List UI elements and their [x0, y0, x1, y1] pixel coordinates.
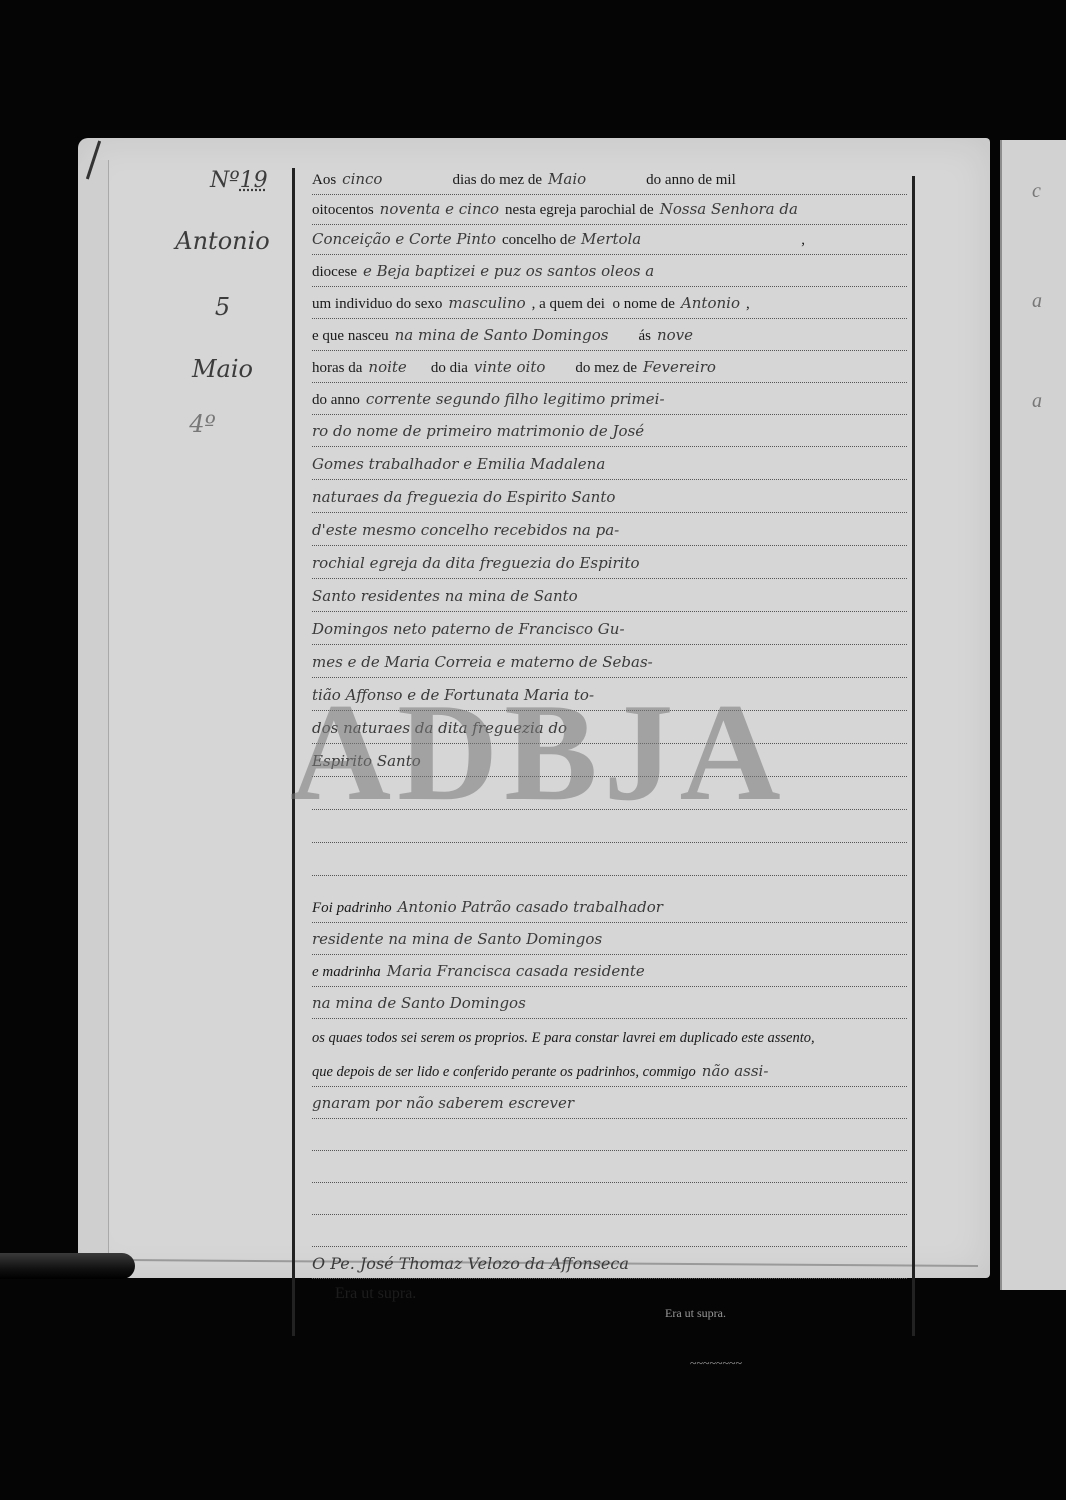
handwritten-council: e Mertola: [567, 230, 801, 248]
blank-line: [312, 1222, 907, 1247]
body-line: rochial egreja da dita freguezia do Espi…: [312, 554, 907, 579]
handwritten-text: tião Affonso e de Fortunata Maria to-: [312, 686, 600, 704]
godfather-line-2: residente na mina de Santo Domingos: [312, 930, 907, 955]
printed-text: ,: [746, 296, 750, 312]
handwritten-birthplace: na mina de Santo Domingos: [389, 326, 639, 344]
record-number-value: 19: [240, 168, 268, 193]
handwritten-diocese: e Beja baptizei e puz os santos oleos a: [357, 262, 660, 280]
handwritten-text: Domingos neto paterno de Francisco Gu-: [312, 620, 631, 638]
handwritten-text: rochial egreja da dita freguezia do Espi…: [312, 554, 646, 572]
printed-text: nesta egreja parochial de: [505, 202, 654, 218]
printed-text: do anno: [312, 392, 360, 408]
handwritten-day: cinco: [336, 170, 452, 188]
handwritten-text: não assi-: [696, 1062, 775, 1080]
left-rule: [292, 168, 295, 1336]
printed-text: do anno de mil: [646, 172, 736, 188]
handwritten-text: mes e de Maria Correia e materno de Seba…: [312, 653, 659, 671]
body-line: Gomes trabalhador e Emilia Madalena: [312, 455, 907, 480]
body-line: naturaes da freguezia do Espirito Santo: [312, 488, 907, 513]
printed-text: oitocentos: [312, 202, 374, 218]
bleed-through-text: Era ut supra.: [665, 1306, 726, 1321]
printed-closing: os quaes todos sei serem os proprios. E …: [312, 1030, 815, 1046]
godfather-line-1: Foi padrinhoAntonio Patrão casado trabal…: [312, 898, 907, 923]
handwritten-text: Gomes trabalhador e Emilia Madalena: [312, 455, 611, 473]
handwritten-text: dos naturaes da dita freguezia do: [312, 719, 573, 737]
godfather-label: Foi padrinho: [312, 900, 392, 916]
printed-text: e que nasceu: [312, 328, 389, 344]
handwritten-text: Espirito Santo: [312, 752, 427, 770]
handwritten-birth-day: vinte oito: [468, 358, 576, 376]
printed-text: , a quem dei: [532, 296, 605, 312]
printed-text: do dia: [431, 360, 468, 376]
closing-line-1: os quaes todos sei serem os proprios. E …: [312, 1030, 907, 1054]
margin-day: 5: [160, 293, 285, 321]
margin-note: 4º: [140, 410, 265, 438]
handwritten-text: Santo residentes na mina de Santo: [312, 587, 584, 605]
adjacent-page: c a a: [1000, 140, 1066, 1290]
printed-text: concelho d: [502, 232, 567, 248]
printed-text: ,: [801, 232, 805, 248]
handwritten-sex: masculino: [442, 294, 531, 312]
godmother-line-1: e madrinhaMaria Francisca casada residen…: [312, 962, 907, 987]
blank-line: [312, 1158, 907, 1183]
record-line-3: Conceição e Corte Pintoconcelho de Merto…: [312, 230, 907, 255]
priest-signature: O Pe. José Thomaz Velozo da Affonseca: [312, 1254, 635, 1273]
handwritten-hour: nove: [651, 326, 699, 344]
handwritten-parish-cont: Conceição e Corte Pinto: [312, 230, 502, 248]
adjacent-page-mark: a: [1032, 390, 1042, 413]
handwritten-parish: Nossa Senhora da: [654, 200, 804, 218]
record-line-5: um individuo do sexomasculino, a quem de…: [312, 294, 907, 319]
handwritten-godmother-residence: na mina de Santo Domingos: [312, 994, 532, 1012]
printed-text: Aos: [312, 172, 336, 188]
handwritten-text: ro do nome de primeiro matrimonio de Jos…: [312, 422, 650, 440]
godmother-line-2: na mina de Santo Domingos: [312, 994, 907, 1019]
body-line: tião Affonso e de Fortunata Maria to-: [312, 686, 907, 711]
page-fold: [78, 160, 109, 1260]
handwritten-text: gnaram por não saberem escrever: [312, 1094, 580, 1112]
bleed-through-text: ~~~~~~~~: [690, 1356, 742, 1371]
record-line-7: horas danoitedo diavinte oitodo mez deFe…: [312, 358, 907, 383]
adjacent-page-mark: a: [1032, 290, 1042, 313]
margin-name: Antonio: [160, 227, 285, 255]
handwritten-text: d'este mesmo concelho recebidos na pa-: [312, 521, 625, 539]
handwritten-time-of-day: noite: [362, 358, 430, 376]
handwritten-year: noventa e cinco: [374, 200, 505, 218]
handwritten-text: naturaes da freguezia do Espirito Santo: [312, 488, 621, 506]
handwritten-godfather: Antonio Patrão casado trabalhador: [392, 898, 669, 916]
body-line: Domingos neto paterno de Francisco Gu-: [312, 620, 907, 645]
printed-closing: que depois de ser lido e conferido peran…: [312, 1064, 696, 1080]
record-line-1: Aoscincodias do mez deMaiodo anno de mil: [312, 170, 907, 195]
handwritten-godmother: Maria Francisca casada residente: [381, 962, 651, 980]
handwritten-text: corrente segundo filho legitimo primei-: [360, 390, 671, 408]
godmother-label: e madrinha: [312, 964, 381, 980]
handwritten-birth-month: Fevereiro: [637, 358, 722, 376]
binding-clip: [0, 1253, 135, 1279]
body-line: [312, 818, 907, 843]
printed-text: horas da: [312, 360, 362, 376]
record-line-8: do annocorrente segundo filho legitimo p…: [312, 390, 907, 415]
record-line-2: oitocentosnoventa e cinconesta egreja pa…: [312, 200, 907, 225]
body-line: [312, 851, 907, 876]
adjacent-page-mark: c: [1032, 180, 1041, 203]
handwritten-text: [312, 785, 318, 803]
handwritten-child-name: Antonio: [675, 294, 746, 312]
body-line: ro do nome de primeiro matrimonio de Jos…: [312, 422, 907, 447]
record-number-label: Nº: [210, 168, 240, 193]
signature-line: O Pe. José Thomaz Velozo da Affonseca: [312, 1254, 907, 1279]
printed-text: dias do mez de: [452, 172, 542, 188]
printed-text: um individuo do sexo: [312, 296, 442, 312]
record-line-4: diocesee Beja baptizei e puz os santos o…: [312, 262, 907, 287]
body-line: Espirito Santo: [312, 752, 907, 777]
handwritten-month: Maio: [542, 170, 646, 188]
right-rule: [912, 176, 915, 1336]
body-line: dos naturaes da dita freguezia do: [312, 719, 907, 744]
printed-text: o nome de: [612, 296, 674, 312]
printed-text: ás: [638, 328, 651, 344]
body-line: mes e de Maria Correia e materno de Seba…: [312, 653, 907, 678]
blank-line: [312, 1126, 907, 1151]
era-ut-supra: Era ut supra.: [335, 1285, 416, 1303]
handwritten-text: [312, 818, 318, 836]
closing-line-2: que depois de ser lido e conferido peran…: [312, 1062, 907, 1087]
printed-text: do mez de: [575, 360, 637, 376]
record-line-6: e que nasceuna mina de Santo Domingosásn…: [312, 326, 907, 351]
body-line: Santo residentes na mina de Santo: [312, 587, 907, 612]
body-line: d'este mesmo concelho recebidos na pa-: [312, 521, 907, 546]
handwritten-godfather-residence: residente na mina de Santo Domingos: [312, 930, 608, 948]
closing-line-3: gnaram por não saberem escrever: [312, 1094, 907, 1119]
margin-month: Maio: [160, 355, 285, 383]
body-line: [312, 785, 907, 810]
blank-line: [312, 1190, 907, 1215]
handwritten-text: [312, 851, 318, 869]
printed-text: diocese: [312, 264, 357, 280]
